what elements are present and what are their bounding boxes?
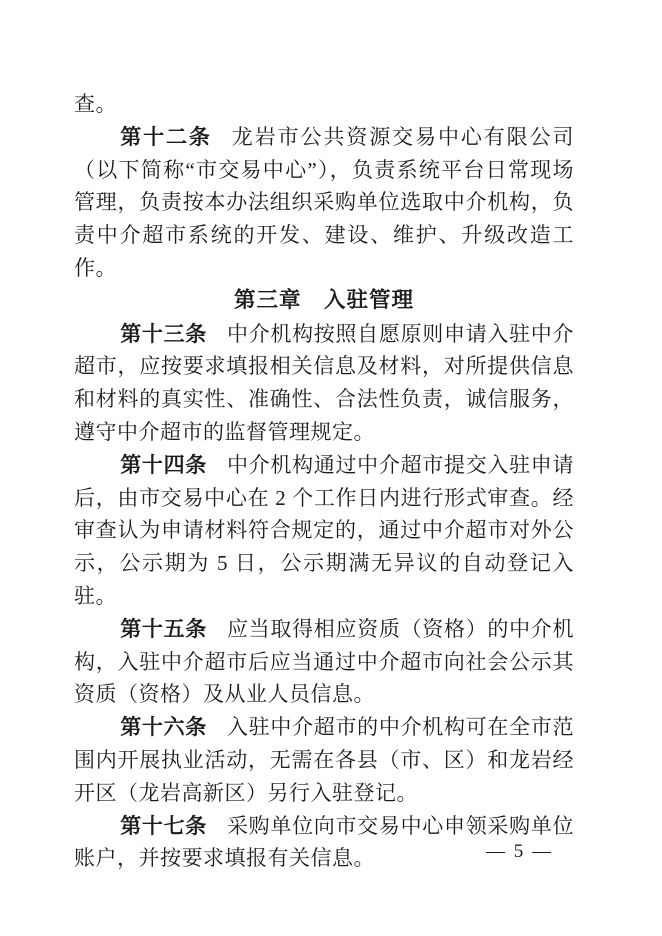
article-16-number: 第十六条 [120,715,207,739]
article-14: 第十四条中介机构通过中介超市提交入驻申请后，由市交易中心在 2 个工作日内进行形… [74,449,574,613]
article-12-number: 第十二条 [120,125,212,149]
page-number: — 5 — [486,841,553,863]
article-12: 第十二条龙岩市公共资源交易中心有限公司（以下简称“市交易中心”），负责系统平台日… [74,121,574,285]
article-15: 第十五条应当取得相应资质（资格）的中介机构，入驻中介超市后应当通过中介超市向社会… [74,613,574,711]
article-17-number: 第十七条 [120,814,207,838]
article-14-number: 第十四条 [120,453,207,477]
paragraph-continuation: 查。 [74,88,574,121]
document-body: 查。 第十二条龙岩市公共资源交易中心有限公司（以下简称“市交易中心”），负责系统… [74,88,574,875]
article-15-number: 第十五条 [120,617,207,641]
chapter-heading: 第三章 入驻管理 [74,285,574,318]
continuation-text: 查。 [74,92,117,116]
document-page: 查。 第十二条龙岩市公共资源交易中心有限公司（以下简称“市交易中心”），负责系统… [0,0,662,936]
article-13-number: 第十三条 [120,322,207,346]
article-13: 第十三条中介机构按照自愿原则申请入驻中介超市，应按要求填报相关信息及材料，对所提… [74,318,574,449]
article-16: 第十六条入驻中介超市的中介机构可在全市范围内开展执业活动，无需在各县（市、区）和… [74,711,574,809]
